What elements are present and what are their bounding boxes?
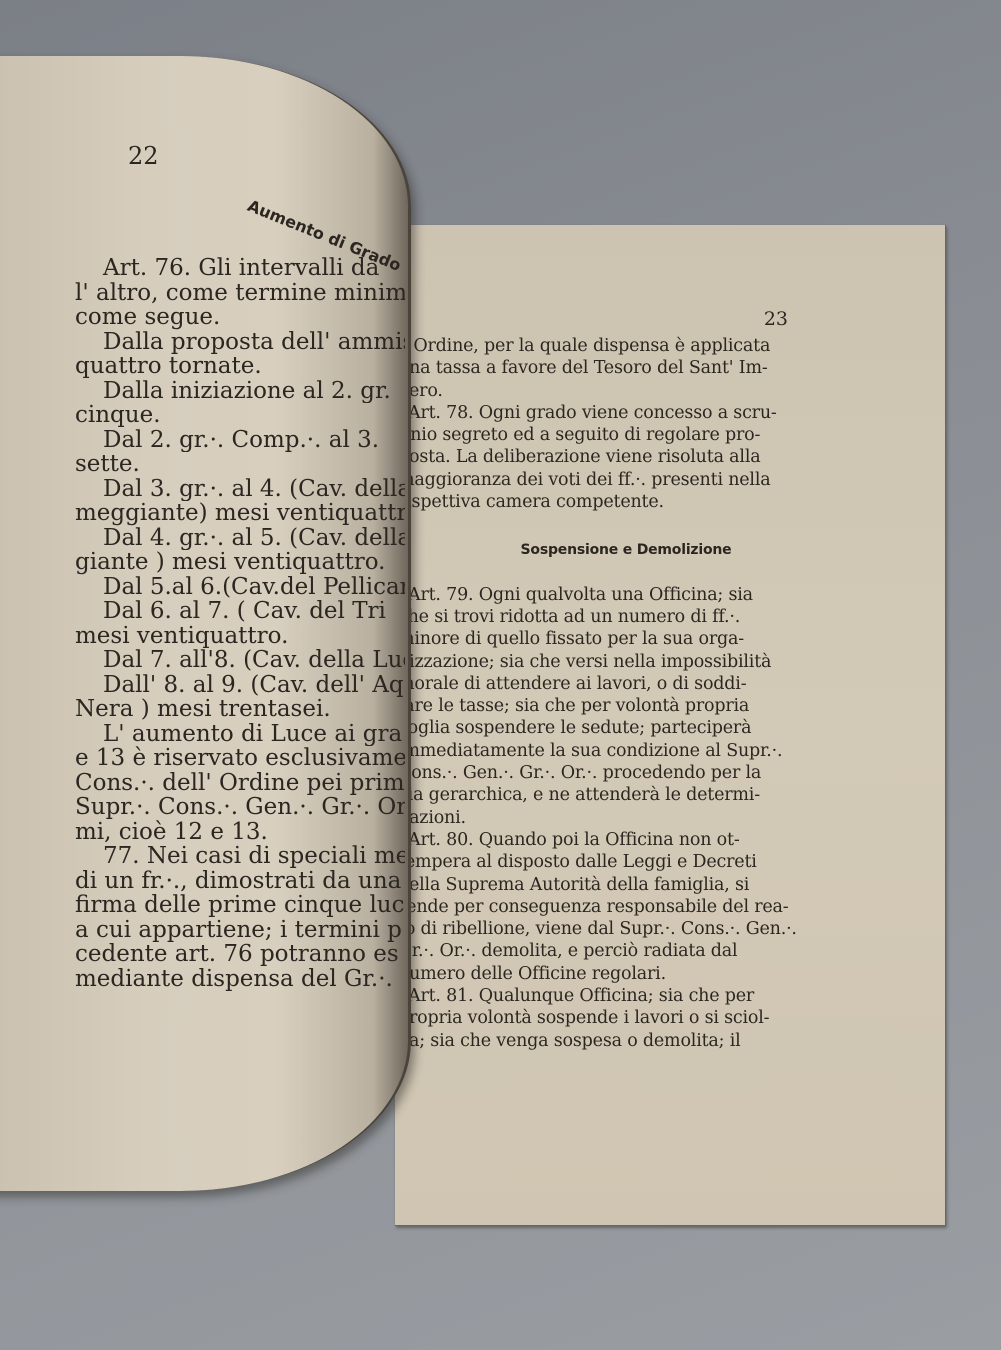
text-line: cinque. xyxy=(75,403,405,428)
text-line: una tassa a favore del Tesoro del Sant' … xyxy=(398,357,834,379)
text-line: della Suprema Autorità della famiglia, s… xyxy=(398,874,834,896)
text-line: Dal 6. al 7. ( Cav. del Tri xyxy=(75,599,405,624)
text-line: Cons.·. Gen.·. Gr.·. Or.·. procedendo pe… xyxy=(398,762,834,784)
text-line: propria volontà sospende i lavori o si s… xyxy=(398,1007,834,1029)
text-line: immediatamente la sua condizione al Supr… xyxy=(398,740,834,762)
text-line: Art. 78. Ogni grado viene concesso a scr… xyxy=(398,402,834,424)
text-line: quattro tornate. xyxy=(75,354,405,379)
text-line: nazioni. xyxy=(398,807,834,829)
text-line: Dalla proposta dell' ammis xyxy=(75,330,405,355)
text-line: Dal 3. gr.·. al 4. (Cav. della xyxy=(75,477,405,502)
text-line: maggioranza dei voti dei ff.·. presenti … xyxy=(398,469,834,491)
text-line: morale di attendere ai lavori, o di sodd… xyxy=(398,673,834,695)
text-line: rende per conseguenza responsabile del r… xyxy=(398,896,834,918)
page-number-left: 22 xyxy=(128,142,159,170)
text-line: Dall' 8. al 9. (Cav. dell' Aq xyxy=(75,673,405,698)
right-page-body: l' Ordine, per la quale dispensa è appli… xyxy=(398,335,834,1052)
text-line: fare le tasse; sia che per volontà propr… xyxy=(398,695,834,717)
text-line: via gerarchica, e ne attenderà le determ… xyxy=(398,784,834,806)
text-line: mi, cioè 12 e 13. xyxy=(75,820,405,845)
text-line: Art. 80. Quando poi la Officina non ot- xyxy=(398,829,834,851)
text-line: ga; sia che venga sospesa o demolita; il xyxy=(398,1030,834,1052)
text-line: cedente art. 76 potranno es xyxy=(75,942,405,967)
text-line: Dal 2. gr.·. Comp.·. al 3. xyxy=(75,428,405,453)
paragraph: Art. 78. Ogni grado viene concesso a scr… xyxy=(398,402,834,513)
text-line: Art. 79. Ogni qualvolta una Officina; si… xyxy=(398,584,834,606)
text-line: a cui appartiene; i termini p xyxy=(75,918,405,943)
text-line: Gr.·. Or.·. demolita, e perciò radiata d… xyxy=(398,940,834,962)
page-number-right: 23 xyxy=(764,308,788,330)
text-line: che si trovi ridotta ad un numero di ff.… xyxy=(398,606,834,628)
text-line: posta. La deliberazione viene risoluta a… xyxy=(398,446,834,468)
text-line: e 13 è riservato esclusivamente xyxy=(75,746,405,771)
paragraph: Art. 79. Ogni qualvolta una Officina; si… xyxy=(398,584,834,829)
text-line: pero. xyxy=(398,380,834,402)
text-line: mediante dispensa del Gr.·. xyxy=(75,967,405,992)
paragraph: Art. 80. Quando poi la Officina non ot-t… xyxy=(398,829,834,985)
text-line: Nera ) mesi trentasei. xyxy=(75,697,405,722)
text-line: voglia sospendere le sedute; parteciperà xyxy=(398,717,834,739)
left-page: 22 Aumento di Grado Art. 76. Gli interva… xyxy=(0,56,411,1191)
text-line: Dal 4. gr.·. al 5. (Cav. della xyxy=(75,526,405,551)
text-line: Dal 5.al 6.(Cav.del Pellicano xyxy=(75,575,405,600)
text-line: 77. Nei casi di speciali me xyxy=(75,844,405,869)
text-line: minore di quello fissato per la sua orga… xyxy=(398,628,834,650)
right-page: 23 l' Ordine, per la quale dispensa è ap… xyxy=(395,225,946,1226)
text-line: di un fr.·., dimostrati da una xyxy=(75,869,405,894)
text-line: numero delle Officine regolari. xyxy=(398,963,834,985)
section-heading-sospensione: Sospensione e Demolizione xyxy=(398,539,834,561)
text-line: nizzazione; sia che versi nella impossib… xyxy=(398,651,834,673)
paragraph: Art. 81. Qualunque Officina; sia che per… xyxy=(398,985,834,1052)
text-line: L' aumento di Luce ai gra xyxy=(75,722,405,747)
text-line: meggiante) mesi ventiquattro xyxy=(75,501,405,526)
text-line: sette. xyxy=(75,452,405,477)
left-page-body: Art. 76. Gli intervalli dal' altro, come… xyxy=(75,256,405,991)
text-line: l' altro, come termine minimo xyxy=(75,281,405,306)
text-line: firma delle prime cinque luci xyxy=(75,893,405,918)
text-line: Art. 76. Gli intervalli da xyxy=(75,256,405,281)
text-line: Dal 7. all'8. (Cav. della Luce xyxy=(75,648,405,673)
text-line: Supr.·. Cons.·. Gen.·. Gr.·. Or xyxy=(75,795,405,820)
text-line: l' Ordine, per la quale dispensa è appli… xyxy=(398,335,834,357)
text-line: tempera al disposto dalle Leggi e Decret… xyxy=(398,851,834,873)
text-line: giante ) mesi ventiquattro. xyxy=(75,550,405,575)
paragraph: l' Ordine, per la quale dispensa è appli… xyxy=(398,335,834,402)
text-line: mesi ventiquattro. xyxy=(75,624,405,649)
text-line: tinio segreto ed a seguito di regolare p… xyxy=(398,424,834,446)
text-line: Dalla iniziazione al 2. gr. xyxy=(75,379,405,404)
text-line: rispettiva camera competente. xyxy=(398,491,834,513)
text-line: Art. 81. Qualunque Officina; sia che per xyxy=(398,985,834,1007)
text-line: Cons.·. dell' Ordine pei primi xyxy=(75,771,405,796)
text-line: to di ribellione, viene dal Supr.·. Cons… xyxy=(398,918,834,940)
text-line: come segue. xyxy=(75,305,405,330)
